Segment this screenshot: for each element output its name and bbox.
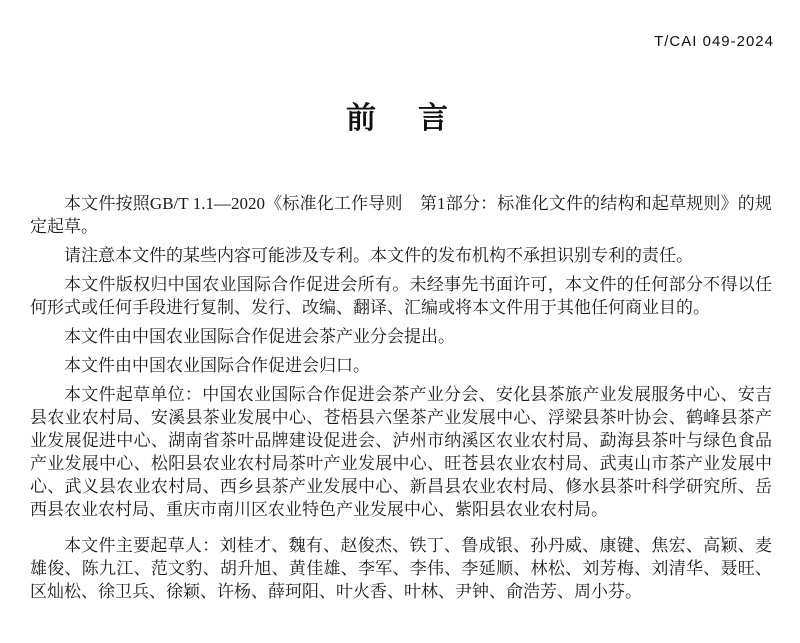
- paragraph-copyright: 本文件版权归中国农业国际合作促进会所有。未经事先书面许可，本文件的任何部分不得以…: [30, 273, 772, 319]
- paragraph-drafting-organizations: 本文件起草单位：中国农业国际合作促进会茶产业分会、安化县茶旅产业发展服务中心、安…: [30, 383, 772, 521]
- paragraph-main-drafters: 本文件主要起草人：刘桂才、魏有、赵俊杰、铁丁、鲁成银、孙丹威、康键、焦宏、高颖、…: [30, 534, 772, 603]
- foreword-body: 本文件按照GB/T 1.1—2020《标准化工作导则 第1部分：标准化文件的结构…: [0, 192, 800, 603]
- paragraph-patent-notice: 请注意本文件的某些内容可能涉及专利。本文件的发布机构不承担识别专利的责任。: [30, 244, 772, 267]
- paragraph-proposed-by: 本文件由中国农业国际合作促进会茶产业分会提出。: [30, 325, 772, 348]
- paragraph-drafting-basis: 本文件按照GB/T 1.1—2020《标准化工作导则 第1部分：标准化文件的结构…: [30, 192, 772, 238]
- paragraph-centralized-by: 本文件由中国农业国际合作促进会归口。: [30, 354, 772, 377]
- doc-number: T/CAI 049-2024: [654, 33, 774, 50]
- document-page: T/CAI 049-2024 前 言 本文件按照GB/T 1.1—2020《标准…: [0, 0, 800, 643]
- page-title: 前 言: [0, 0, 800, 137]
